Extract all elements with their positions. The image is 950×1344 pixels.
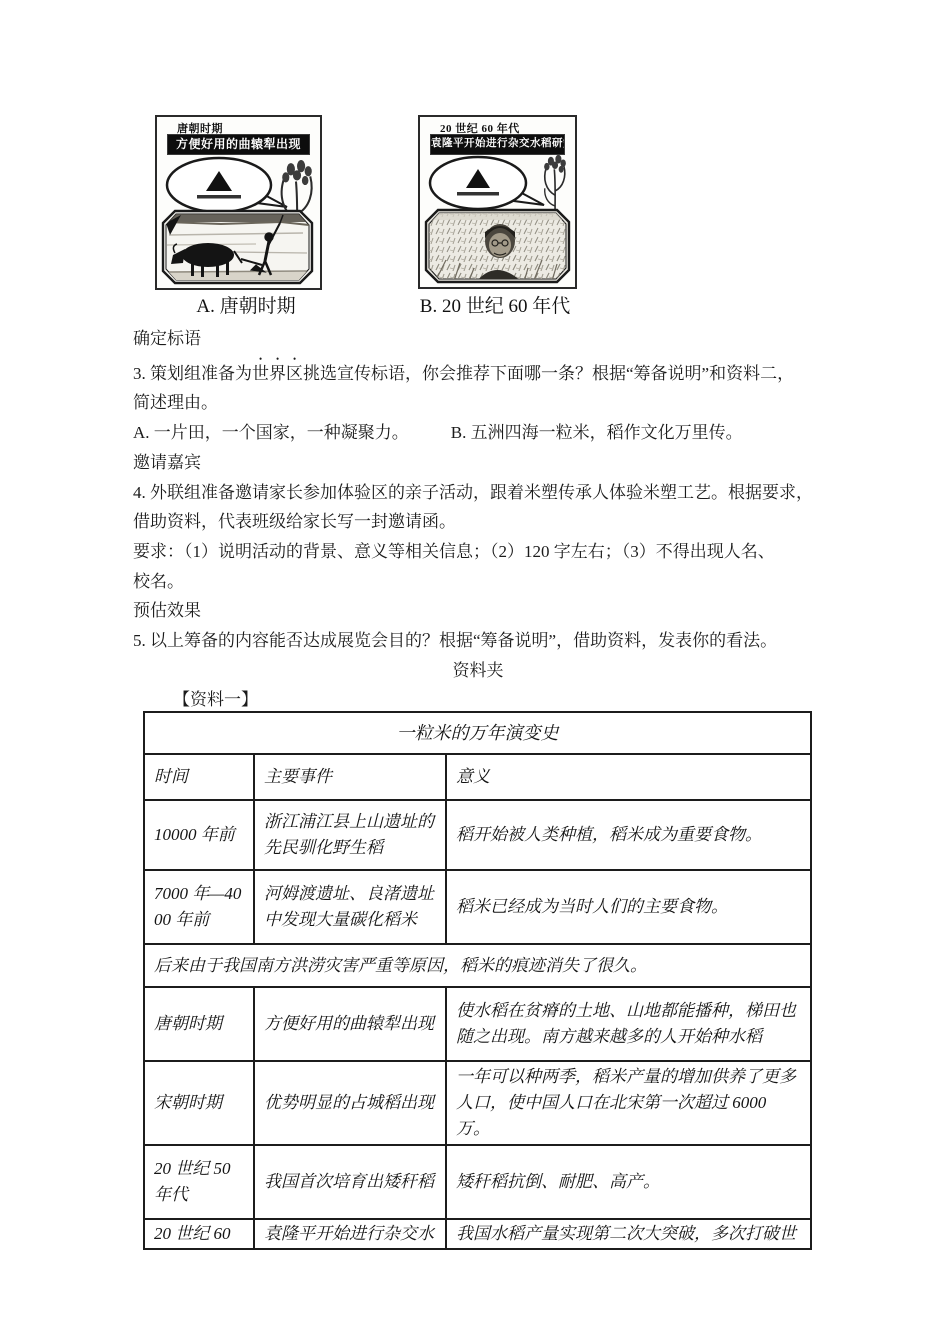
question-4-line2: 借助资料，代表班级给家长写一封邀请函。 (133, 507, 823, 537)
table-row: 唐朝时期 方便好用的曲辕犁出现 使水稻在贫瘠的土地、山地都能播种，梯田也随之出现… (144, 987, 811, 1061)
folder-title: 资料夹 (133, 656, 823, 686)
question-5: 5. 以上筹备的内容能否达成展览会目的？根据“筹备说明”，借助资料，发表你的看法… (133, 626, 823, 656)
question-3-line1: 3. 策划组准备为世界区挑选宣传标语，你会推荐下面哪一条？根据“筹备说明”和资料… (133, 354, 823, 389)
table-row: 10000 年前 浙江浦江县上山遗址的先民驯化野生稻 稻开始被人类种植，稻米成为… (144, 800, 811, 870)
heading-effect: 预估效果 (133, 596, 823, 626)
slogan-options: A. 一片田，一个国家，一种凝聚力。B. 五洲四海一粒米，稻作文化万里传。 (133, 418, 823, 448)
cell-event: 我国首次培育出矮秆稻 (254, 1145, 446, 1219)
question-4-requirements-line2: 校名。 (133, 567, 823, 597)
col-header-time: 时间 (144, 754, 254, 800)
slogan-option-b: B. 五洲四海一粒米，稻作文化万里传。 (451, 423, 743, 442)
question-text-block: 确定标语 3. 策划组准备为世界区挑选宣传标语，你会推荐下面哪一条？根据“筹备说… (133, 324, 823, 715)
banner-title: 方便好用的曲辕犁出现 (167, 134, 310, 155)
heading-slogan: 确定标语 (133, 324, 823, 354)
ox-plowing-illustration (161, 209, 314, 285)
q3-prefix: 3. 策划组准备为 (133, 364, 252, 383)
question-4-requirements-line1: 要求：（1）说明活动的背景、意义等相关信息；（2）120 字左右；（3）不得出现… (133, 537, 823, 567)
cell-event: 浙江浦江县上山遗址的先民驯化野生稻 (254, 800, 446, 870)
cell-meaning: 我国水稻产量实现第二次大突破，多次打破世 (446, 1219, 811, 1249)
table-row: 宋朝时期 优势明显的占城稻出现 一年可以种两季，稻米产量的增加供养了更多人口，使… (144, 1061, 811, 1145)
caption-option-b: B. 20 世纪 60 年代 (403, 291, 587, 318)
cell-time: 7000 年—4000 年前 (144, 870, 254, 944)
table-row-truncated: 20 世纪 60 袁隆平开始进行杂交水 我国水稻产量实现第二次大突破，多次打破世 (144, 1219, 811, 1249)
exam-page: 唐朝时期 方便好用的曲辕犁出现 (0, 0, 950, 1344)
cell-event: 方便好用的曲辕犁出现 (254, 987, 446, 1061)
slogan-option-a: A. 一片田，一个国家，一种凝聚力。 (133, 423, 409, 442)
cell-time: 20 世纪 50 年代 (144, 1145, 254, 1219)
cell-meaning: 使水稻在贫瘠的土地、山地都能播种，梯田也随之出现。南方越来越多的人开始种水稻 (446, 987, 811, 1061)
rice-history-table: 一粒米的万年演变史 时间 主要事件 意义 10000 年前 浙江浦江县上山遗址的… (143, 711, 812, 1250)
cell-event: 优势明显的占城稻出现 (254, 1061, 446, 1145)
table-header-row: 时间 主要事件 意义 (144, 754, 811, 800)
cell-time: 10000 年前 (144, 800, 254, 870)
col-header-event: 主要事件 (254, 754, 446, 800)
table-note-row: 后来由于我国南方洪涝灾害严重等原因，稻米的痕迹消失了很久。 (144, 944, 811, 987)
cell-time: 宋朝时期 (144, 1061, 254, 1145)
cell-event: 河姆渡遗址、良渚遗址中发现大量碳化稻米 (254, 870, 446, 944)
comic-card-1960s: 20 世纪 60 年代 袁隆平开始进行杂交水稻研究 (418, 115, 577, 289)
table-title: 一粒米的万年演变史 (144, 712, 811, 754)
cell-time: 20 世纪 60 (144, 1219, 254, 1249)
table-title-row: 一粒米的万年演变史 (144, 712, 811, 754)
cell-meaning: 一年可以种两季，稻米产量的增加供养了更多人口，使中国人口在北宋第一次超过 600… (446, 1061, 811, 1145)
banner-title: 袁隆平开始进行杂交水稻研究 (430, 134, 565, 155)
cell-time: 唐朝时期 (144, 987, 254, 1061)
cell-meaning: 稻开始被人类种植，稻米成为重要食物。 (446, 800, 811, 870)
col-header-meaning: 意义 (446, 754, 811, 800)
yuan-longping-field-illustration (424, 208, 571, 284)
heading-invite: 邀请嘉宾 (133, 448, 823, 478)
table-row: 20 世纪 50 年代 我国首次培育出矮秆稻 矮秆稻抗倒、耐肥、高产。 (144, 1145, 811, 1219)
table-row: 7000 年—4000 年前 河姆渡遗址、良渚遗址中发现大量碳化稻米 稻米已经成… (144, 870, 811, 944)
cell-event: 袁隆平开始进行杂交水 (254, 1219, 446, 1249)
question-4-line1: 4. 外联组准备邀请家长参加体验区的亲子活动，跟着米塑传承人体验米塑工艺。根据要… (133, 478, 823, 508)
q3-emphasized-term: 世界区 (252, 364, 303, 383)
comic-card-tang: 唐朝时期 方便好用的曲辕犁出现 (155, 115, 322, 290)
cell-meaning: 矮秆稻抗倒、耐肥、高产。 (446, 1145, 811, 1219)
note-cell: 后来由于我国南方洪涝灾害严重等原因，稻米的痕迹消失了很久。 (144, 944, 811, 987)
question-3-line2: 简述理由。 (133, 388, 823, 418)
caption-option-a: A. 唐朝时期 (155, 291, 337, 318)
cell-meaning: 稻米已经成为当时人们的主要食物。 (446, 870, 811, 944)
q3-suffix: 挑选宣传标语，你会推荐下面哪一条？根据“筹备说明”和资料二， (303, 364, 794, 383)
